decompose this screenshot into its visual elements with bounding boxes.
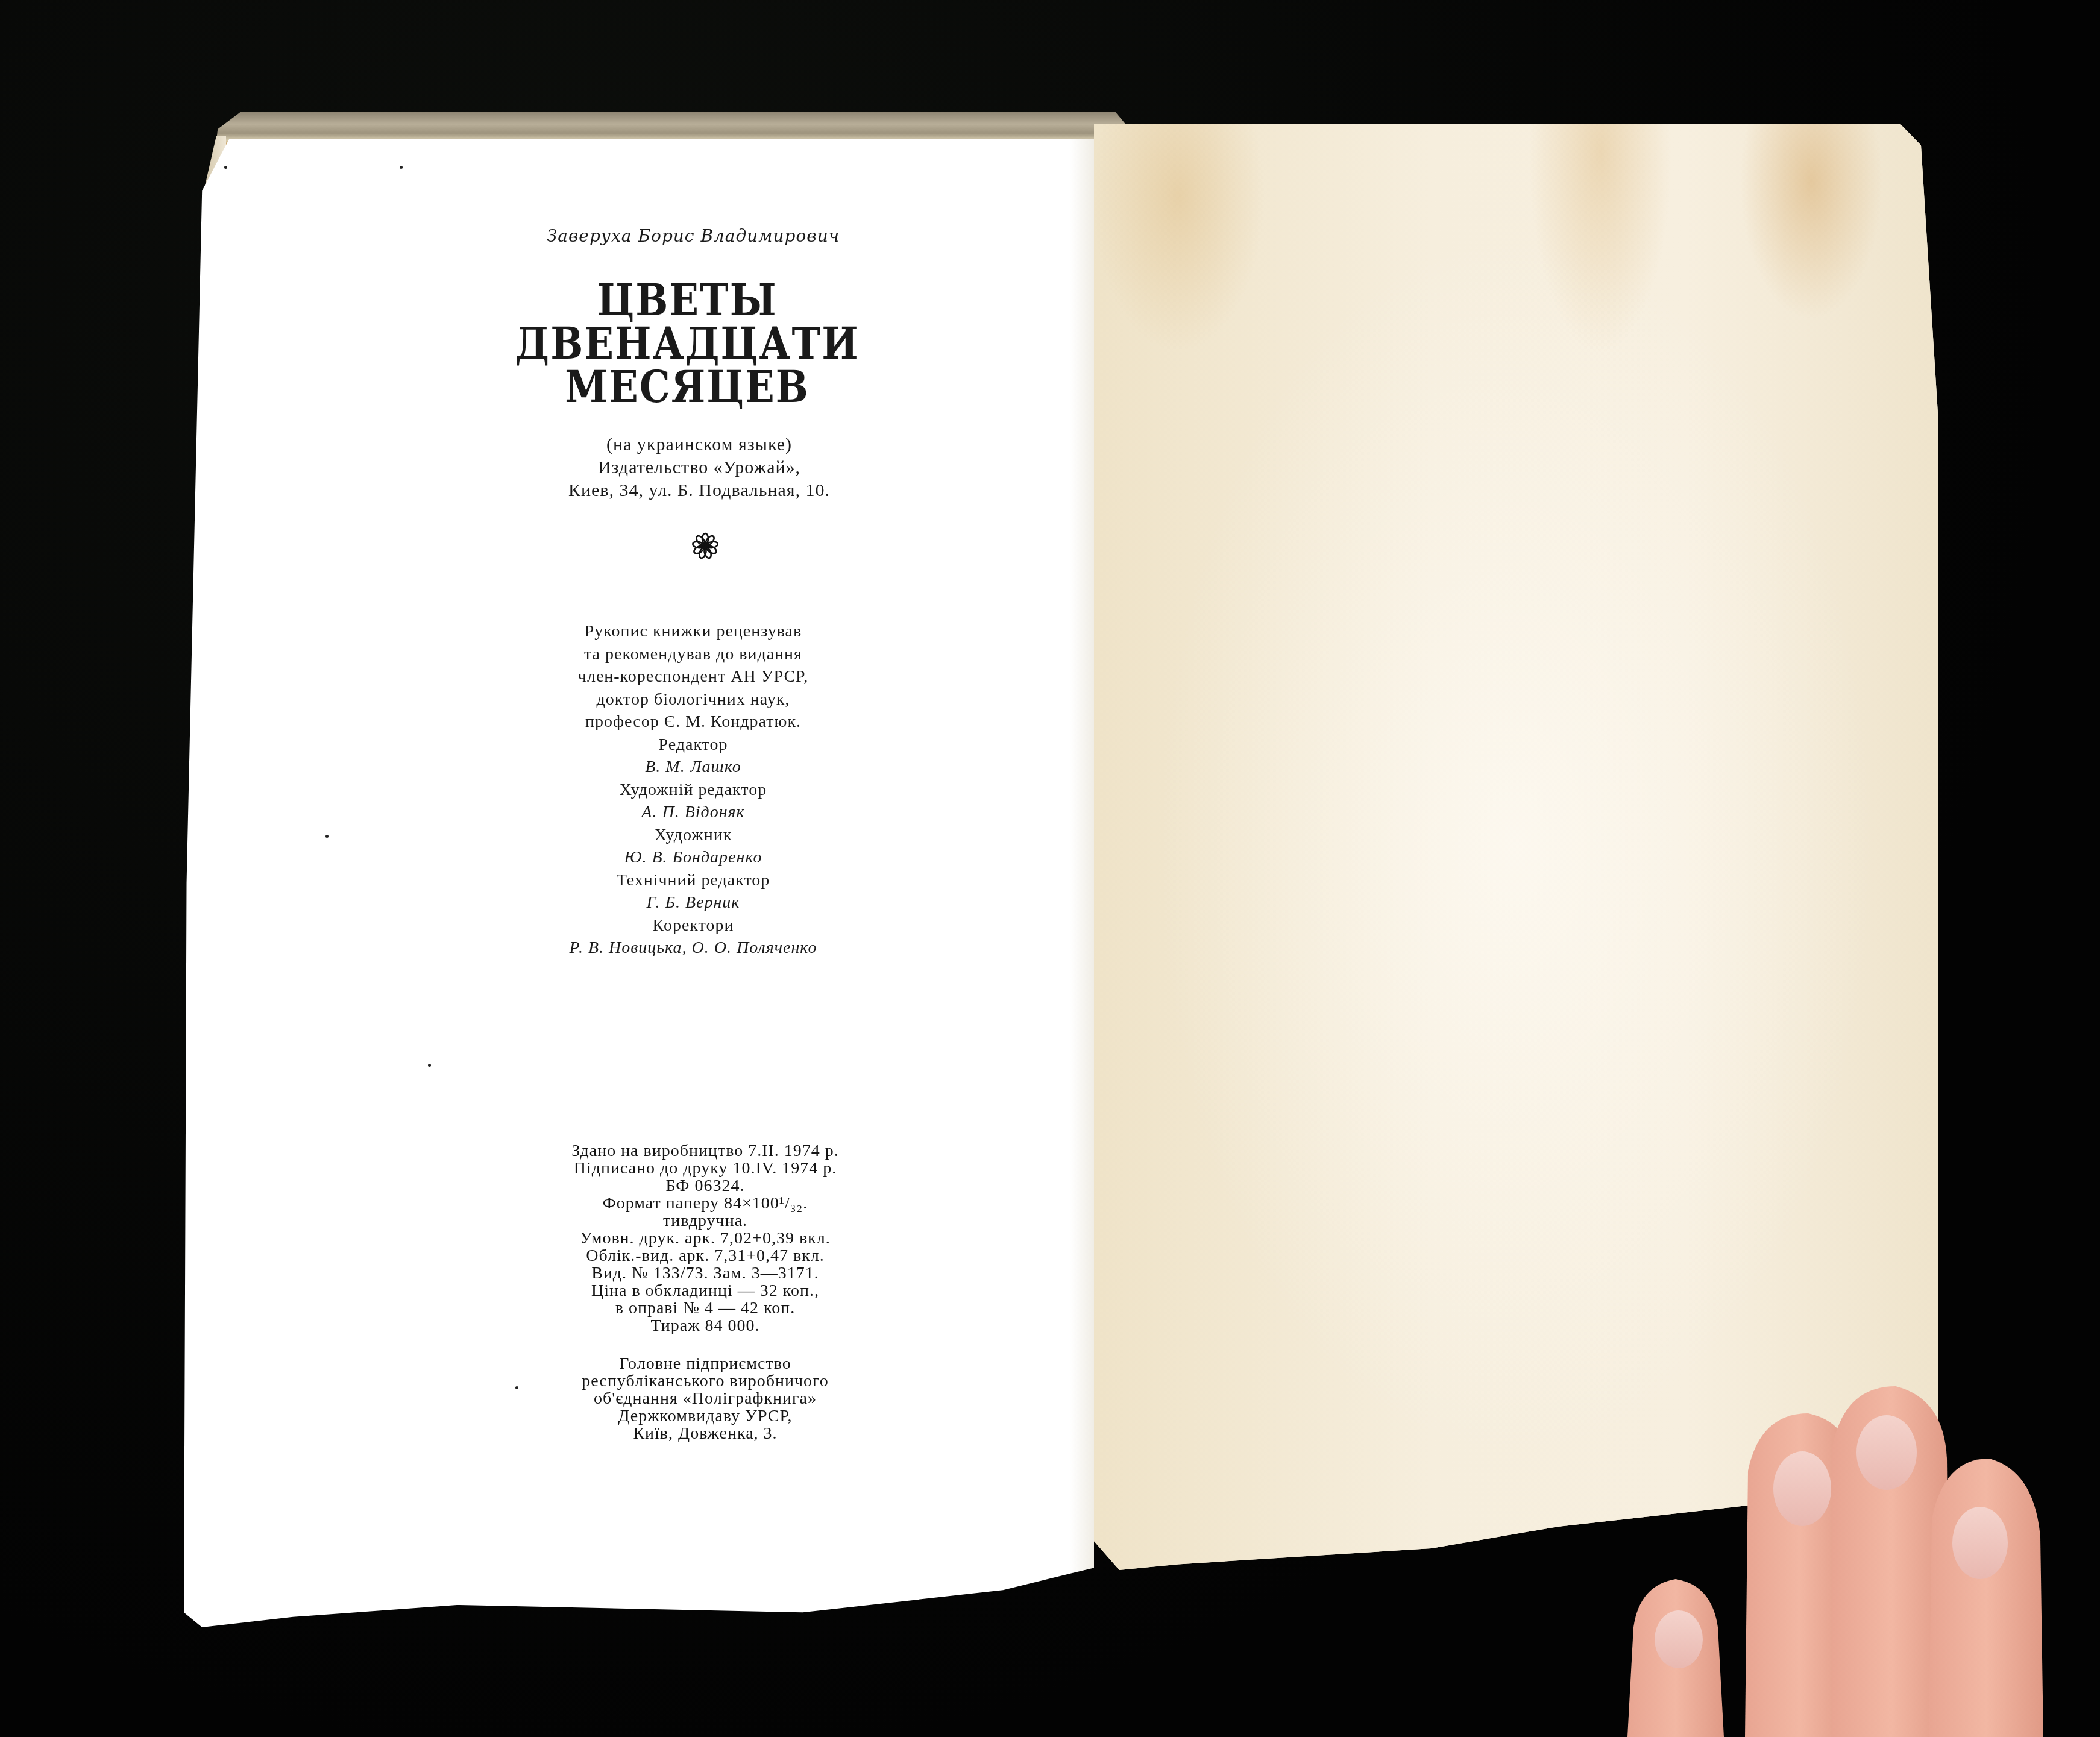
- credit-name: Р. В. Новицька, О. О. Поляченко: [500, 937, 886, 960]
- publisher-line: Киев, 34, ул. Б. Подвальная, 10.: [512, 479, 886, 502]
- printer-line: Головне підприємство: [512, 1355, 898, 1372]
- credit-name: А. П. Відоняк: [500, 801, 886, 824]
- ink-speck: [224, 166, 227, 169]
- production-line: Умовн. друк. арк. 7,02+0,39 вкл.: [512, 1230, 898, 1247]
- credits: Рукопис книжки рецензував та рекомендува…: [500, 620, 886, 960]
- printer-info: Головне підприємство республіканського в…: [512, 1355, 898, 1442]
- production-line: Підписано до друку 10.IV. 1974 р.: [512, 1160, 898, 1177]
- credit-role: Коректори: [500, 914, 886, 937]
- printer-line: об'єднання «Поліграфкнига»: [512, 1390, 898, 1407]
- printer-line: Київ, Довженка, 3.: [512, 1425, 898, 1442]
- production-line: в оправі № 4 — 42 коп.: [512, 1299, 898, 1317]
- production-details: Здано на виробництво 7.II. 1974 р. Підпи…: [512, 1142, 898, 1442]
- production-line: Здано на виробництво 7.II. 1974 р.: [512, 1142, 898, 1160]
- ink-speck: [428, 1064, 431, 1067]
- printer-line: Держкомвидаву УРСР,: [512, 1407, 898, 1425]
- publisher-info: (на украинском языке) Издательство «Урож…: [512, 433, 886, 502]
- ink-speck: [515, 1386, 518, 1389]
- credit-name: Ю. В. Бондаренко: [500, 846, 886, 869]
- credit-role: Редактор: [500, 733, 886, 756]
- credit-line: професор Є. М. Кондратюк.: [500, 711, 886, 733]
- imprint-block: Заверуха Борис Владимирович ЦВЕТЫ ДВЕНАД…: [476, 226, 886, 960]
- credit-line: доктор біологічних наук,: [500, 688, 886, 711]
- ink-speck: [325, 835, 329, 838]
- credit-name: Г. Б. Верник: [500, 891, 886, 914]
- book-title: ЦВЕТЫ ДВЕНАДЦАТИ МЕСЯЦЕВ: [488, 279, 886, 409]
- credit-line: член-кореспондент АН УРСР,: [500, 665, 886, 688]
- spine-shadow: [1070, 139, 1094, 1627]
- credit-role: Художній редактор: [500, 779, 886, 802]
- production-line: БФ 06324.: [512, 1177, 898, 1195]
- production-line: Вид. № 133/73. Зам. 3—3171.: [512, 1264, 898, 1282]
- title-line: МЕСЯЦЕВ: [488, 363, 886, 413]
- flower-ornament-icon: [524, 531, 886, 566]
- publisher-line: (на украинском языке): [512, 433, 886, 456]
- publisher-line: Издательство «Урожай»,: [512, 456, 886, 479]
- production-line: Тираж 84 000.: [512, 1317, 898, 1334]
- production-line: тивдручна.: [512, 1212, 898, 1230]
- open-book: Заверуха Борис Владимирович ЦВЕТЫ ДВЕНАД…: [0, 0, 2100, 1737]
- right-page-blank: [1094, 124, 1938, 1570]
- credit-line: та рекомендував до видання: [500, 643, 886, 666]
- production-line: Облік.-вид. арк. 7,31+0,47 вкл.: [512, 1247, 898, 1264]
- credit-role: Технічний редактор: [500, 869, 886, 892]
- ink-speck: [400, 166, 403, 169]
- printer-line: республіканського виробничого: [512, 1372, 898, 1390]
- credit-line: Рукопис книжки рецензував: [500, 620, 886, 643]
- flower-icon: [690, 531, 720, 561]
- credit-name: В. М. Лашко: [500, 756, 886, 779]
- production-line: Формат паперу 84×100¹/₃₂.: [512, 1195, 898, 1212]
- author-name: Заверуха Борис Владимирович: [500, 226, 886, 246]
- production-line: Ціна в обкладинці — 32 коп.,: [512, 1282, 898, 1299]
- credit-role: Художник: [500, 824, 886, 847]
